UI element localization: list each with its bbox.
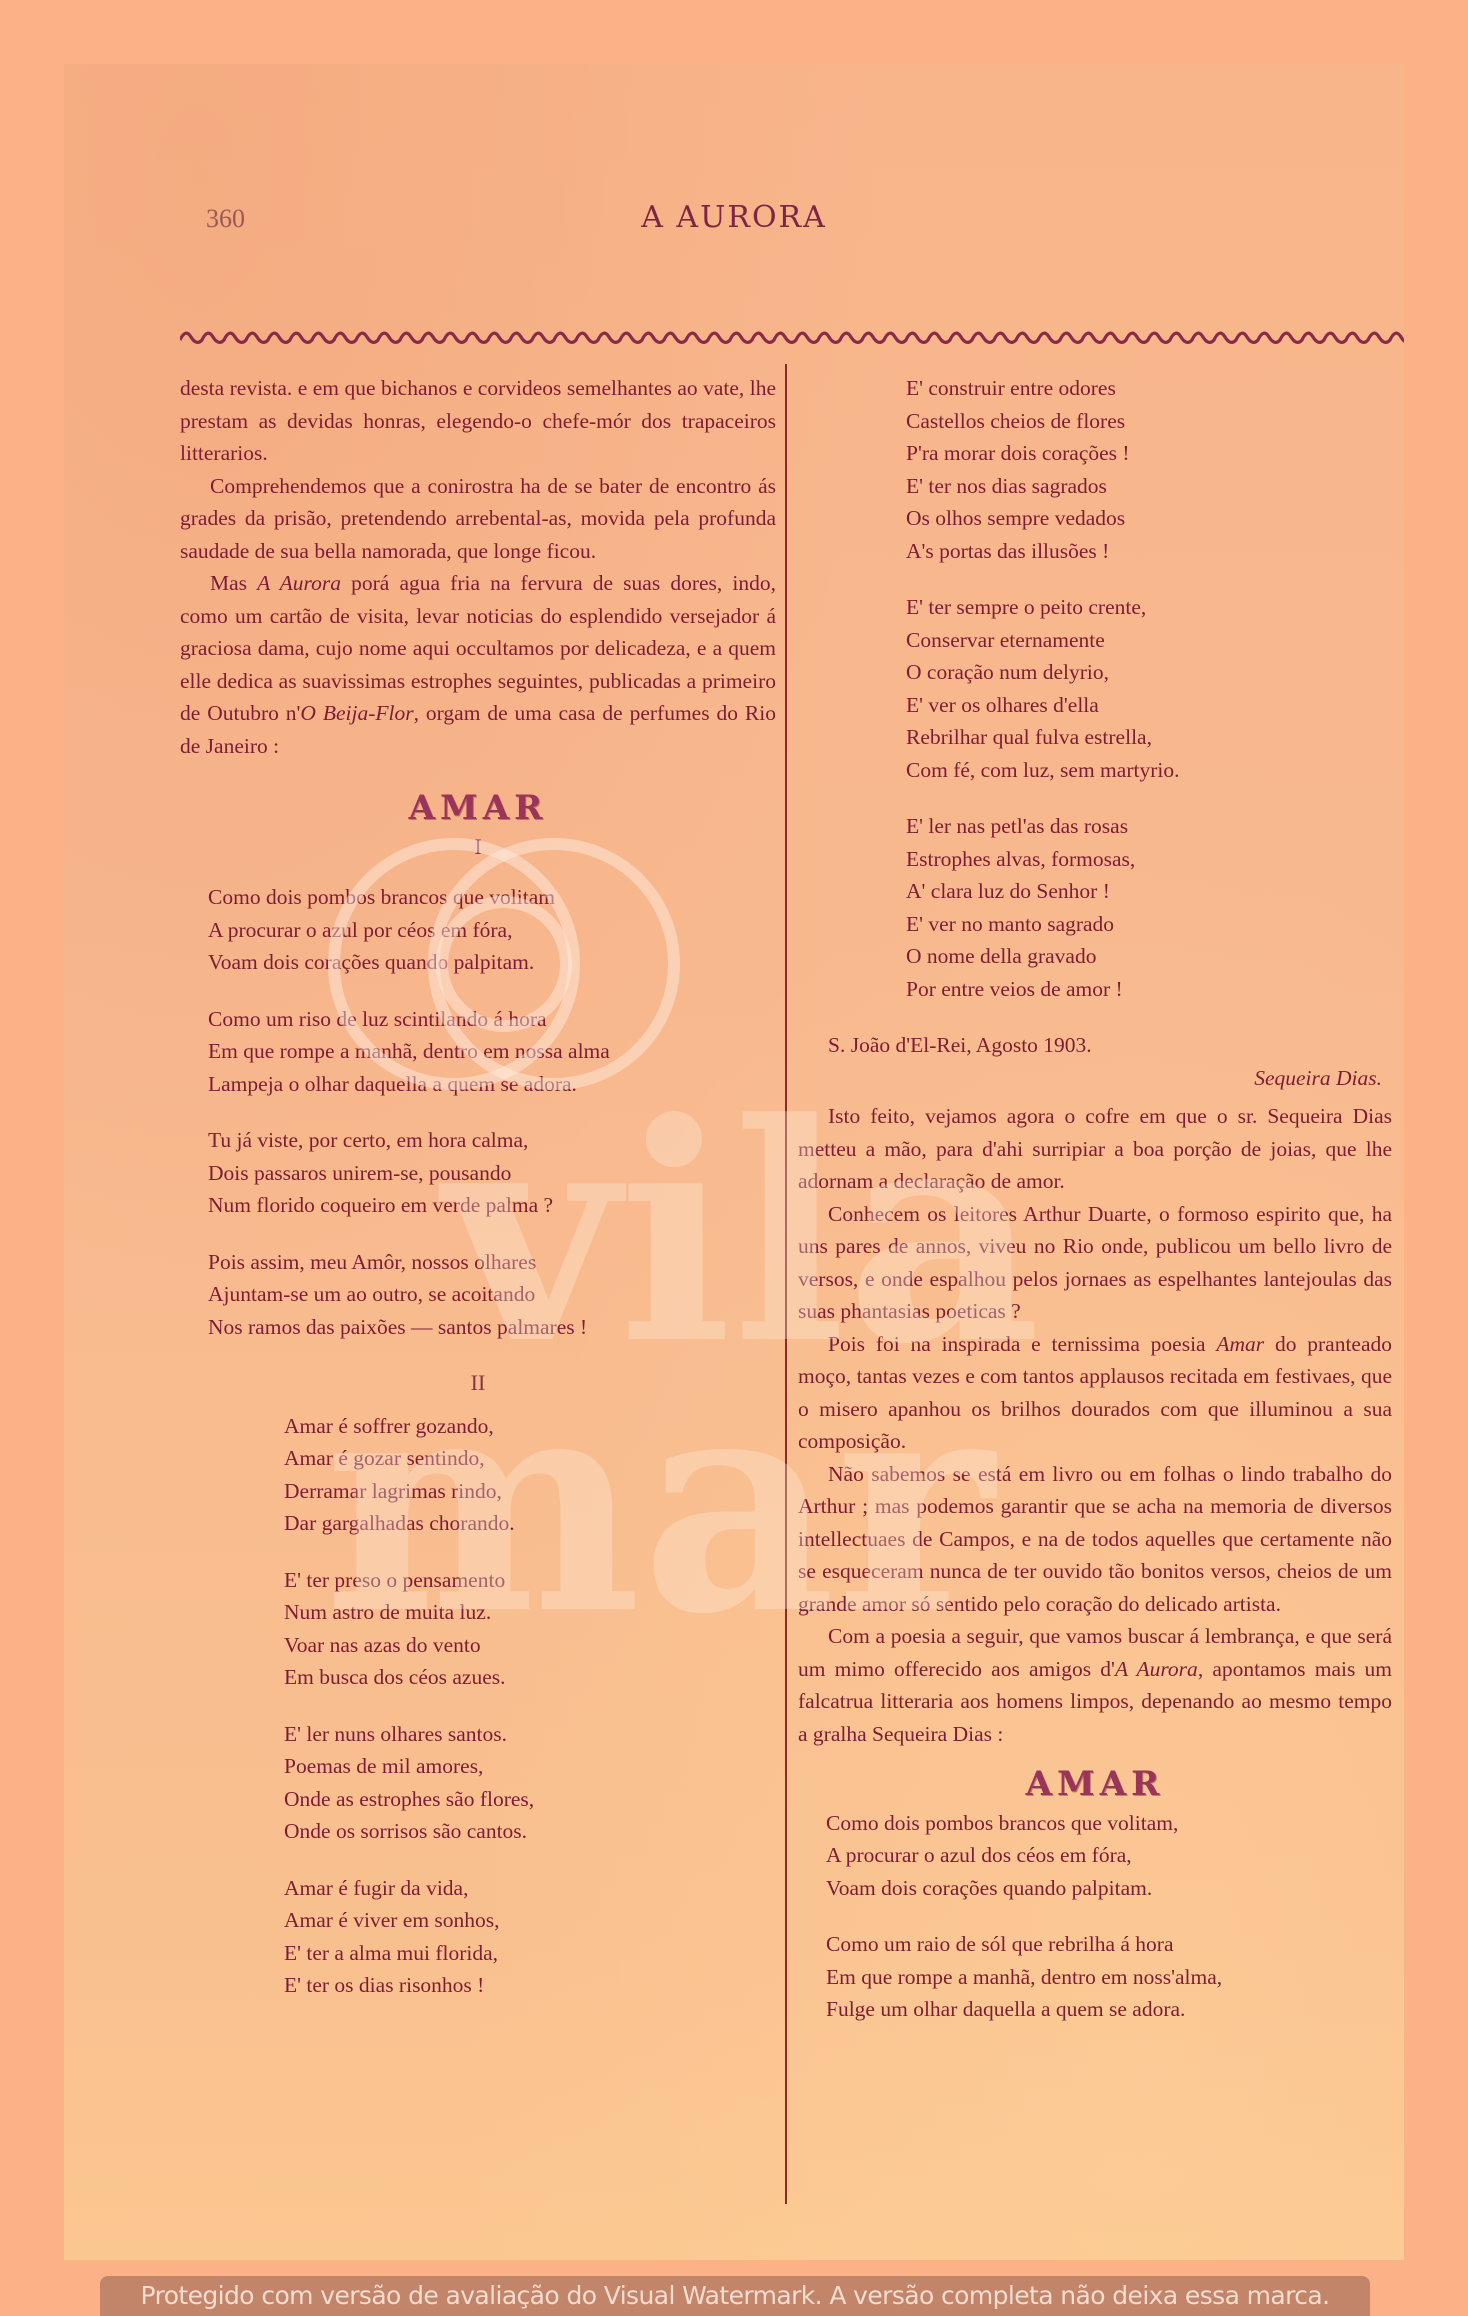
verse-line: P'ra morar dois corações !	[906, 437, 1392, 470]
stanza: Pois assim, meu Amôr, nossos olharesAjun…	[208, 1246, 776, 1344]
verse-line: A procurar o azul por céos em fóra,	[208, 914, 776, 947]
poem-name: Amar	[1216, 1332, 1264, 1356]
poem-continuation: E' construir entre odoresCastellos cheio…	[798, 372, 1392, 1005]
poem-title: AMAR	[798, 1768, 1392, 1801]
paragraph: Comprehendemos que a conirostra ha de se…	[180, 470, 776, 568]
verse-line: Ajuntam-se um ao outro, se acoitando	[208, 1278, 776, 1311]
verse-line: Num astro de muita luz.	[284, 1596, 776, 1629]
stanza: E' construir entre odoresCastellos cheio…	[906, 372, 1392, 567]
poem-title: AMAR	[180, 792, 776, 825]
publication-name: A Aurora	[257, 571, 341, 595]
verse-line: A's portas das illusões !	[906, 535, 1392, 568]
verse-line: Num florido coqueiro em verde palma ?	[208, 1189, 776, 1222]
verse-line: E' ter nos dias sagrados	[906, 470, 1392, 503]
verse-line: Por entre veios de amor !	[906, 973, 1392, 1006]
stanza: Como dois pombos brancos que volitamA pr…	[208, 881, 776, 979]
verse-line: Amar é gozar sentindo,	[284, 1442, 776, 1475]
verse-line: E' ter os dias risonhos !	[284, 1969, 776, 2002]
newspaper-page: 360 A AURORA desta revista. e em que bic…	[64, 64, 1404, 2260]
verse-line: Dar gargalhadas chorando.	[284, 1507, 776, 1540]
verse-line: Voar nas azas do vento	[284, 1629, 776, 1662]
masthead-title: A AURORA	[64, 200, 1404, 235]
verse-line: Poemas de mil amores,	[284, 1750, 776, 1783]
stanza: Como um riso de luz scintilando á horaEm…	[208, 1003, 776, 1101]
paragraph: Mas A Aurora porá agua fria na fervura d…	[180, 567, 776, 762]
verse-line: Onde as estrophes são flores,	[284, 1783, 776, 1816]
stanza: E' ter sempre o peito crente,Conservar e…	[906, 591, 1392, 786]
verse-line: Amar é viver em sonhos,	[284, 1904, 776, 1937]
left-column: desta revista. e em que bichanos e corvi…	[180, 372, 776, 2026]
stanza: Amar é fugir da vida,Amar é viver em son…	[284, 1872, 776, 2002]
stanza: Como dois pombos brancos que volitam,A p…	[826, 1807, 1392, 1905]
verse-line: E' ter sempre o peito crente,	[906, 591, 1392, 624]
watermark-banner: Protegido com versão de avaliação do Vis…	[100, 2276, 1370, 2316]
verse-line: E' ter a alma mui florida,	[284, 1937, 776, 1970]
verse-line: E' ver os olhares d'ella	[906, 689, 1392, 722]
poem-part-2: Amar é soffrer gozando,Amar é gozar sent…	[180, 1410, 776, 2002]
verse-line: Amar é fugir da vida,	[284, 1872, 776, 1905]
verse-line: Em que rompe a manhã, dentro em noss'alm…	[826, 1961, 1392, 1994]
text-run: Pois foi na inspirada e ternissima poesi…	[828, 1332, 1216, 1356]
verse-line: Como um raio de sól que rebrilha á hora	[826, 1928, 1392, 1961]
author-signature: Sequeira Dias.	[798, 1062, 1382, 1095]
paragraph: Não sabemos se está em livro ou em folha…	[798, 1458, 1392, 1621]
verse-line: Os olhos sempre vedados	[906, 502, 1392, 535]
place-date: S. João d'El-Rei, Agosto 1903.	[798, 1029, 1392, 1062]
stanza: E' ler nuns olhares santos.Poemas de mil…	[284, 1718, 776, 1848]
verse-line: Castellos cheios de flores	[906, 405, 1392, 438]
verse-line: Como um riso de luz scintilando á hora	[208, 1003, 776, 1036]
verse-line: A' clara luz do Senhor !	[906, 875, 1392, 908]
section-numeral: I	[180, 831, 776, 864]
verse-line: Amar é soffrer gozando,	[284, 1410, 776, 1443]
paragraph: Isto feito, vejamos agora o cofre em que…	[798, 1100, 1392, 1198]
publication-name: O Beija-Flor	[300, 701, 413, 725]
right-column: E' construir entre odoresCastellos cheio…	[798, 372, 1392, 2050]
verse-line: Onde os sorrisos são cantos.	[284, 1815, 776, 1848]
poem-part-1: Como dois pombos brancos que volitamA pr…	[180, 881, 776, 1343]
verse-line: E' ler nuns olhares santos.	[284, 1718, 776, 1751]
stanza: E' ter preso o pensamentoNum astro de mu…	[284, 1564, 776, 1694]
verse-line: Conservar eternamente	[906, 624, 1392, 657]
verse-line: Em busca dos céos azues.	[284, 1661, 776, 1694]
verse-line: Pois assim, meu Amôr, nossos olhares	[208, 1246, 776, 1279]
stanza: Amar é soffrer gozando,Amar é gozar sent…	[284, 1410, 776, 1540]
verse-line: Com fé, com luz, sem martyrio.	[906, 754, 1392, 787]
paragraph: Com a poesia a seguir, que vamos buscar …	[798, 1620, 1392, 1750]
verse-line: Voam dois corações quando palpitam.	[208, 946, 776, 979]
verse-line: E' ler nas petl'as das rosas	[906, 810, 1392, 843]
verse-line: E' construir entre odores	[906, 372, 1392, 405]
verse-line: Lampeja o olhar daquella a quem se adora…	[208, 1068, 776, 1101]
stanza: E' ler nas petl'as das rosasEstrophes al…	[906, 810, 1392, 1005]
verse-line: Como dois pombos brancos que volitam,	[826, 1807, 1392, 1840]
verse-line: Tu já viste, por certo, em hora calma,	[208, 1124, 776, 1157]
original-poem: Como dois pombos brancos que volitam,A p…	[798, 1807, 1392, 2026]
section-numeral: II	[180, 1367, 776, 1400]
column-divider	[785, 364, 787, 2204]
verse-line: E' ter preso o pensamento	[284, 1564, 776, 1597]
stanza: Tu já viste, por certo, em hora calma,Do…	[208, 1124, 776, 1222]
verse-line: O nome della gravado	[906, 940, 1392, 973]
verse-line: Fulge um olhar daquella a quem se adora.	[826, 1993, 1392, 2026]
verse-line: Nos ramos das paixões — santos palmares …	[208, 1311, 776, 1344]
verse-line: O coração num delyrio,	[906, 656, 1392, 689]
stanza: Como um raio de sól que rebrilha á horaE…	[826, 1928, 1392, 2026]
publication-name: A Aurora	[1115, 1657, 1198, 1681]
paragraph: Conhecem os leitores Arthur Duarte, o fo…	[798, 1198, 1392, 1328]
paragraph: desta revista. e em que bichanos e corvi…	[180, 372, 776, 470]
verse-line: E' ver no manto sagrado	[906, 908, 1392, 941]
verse-line: Como dois pombos brancos que volitam	[208, 881, 776, 914]
verse-line: Derramar lagrimas rindo,	[284, 1475, 776, 1508]
text-run: Mas	[210, 571, 257, 595]
verse-line: Dois passaros unirem-se, pousando	[208, 1157, 776, 1190]
verse-line: Estrophes alvas, formosas,	[906, 843, 1392, 876]
verse-line: A procurar o azul dos céos em fóra,	[826, 1839, 1392, 1872]
verse-line: Rebrilhar qual fulva estrella,	[906, 721, 1392, 754]
paragraph: Pois foi na inspirada e ternissima poesi…	[798, 1328, 1392, 1458]
verse-line: Em que rompe a manhã, dentro em nossa al…	[208, 1035, 776, 1068]
wavy-rule-ornament	[180, 326, 1404, 348]
verse-line: Voam dois corações quando palpitam.	[826, 1872, 1392, 1905]
